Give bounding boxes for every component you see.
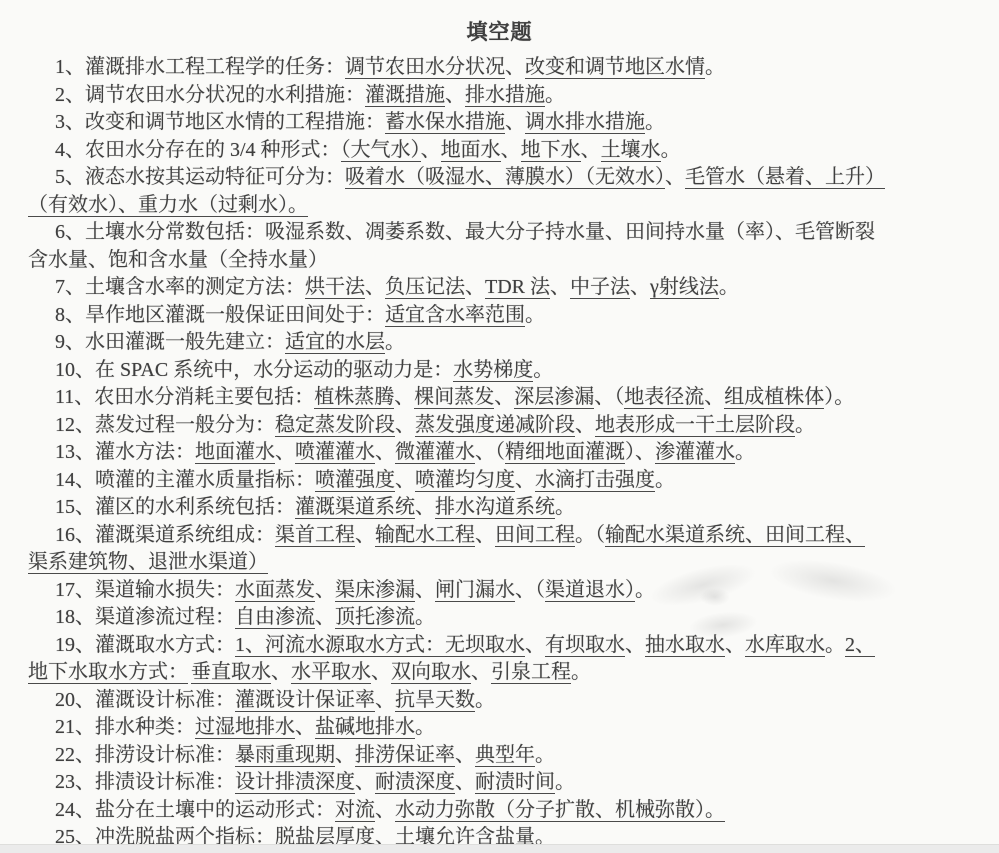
text-segment: 。 bbox=[555, 496, 575, 518]
text-segment: 。 bbox=[735, 441, 755, 463]
text-segment: 、 bbox=[471, 661, 491, 683]
answer-blank: 对流 bbox=[335, 799, 375, 822]
answer-blank: 盐碱地排水 bbox=[315, 716, 415, 739]
answer-blank: 耐渍深度 bbox=[375, 771, 455, 794]
text-segment: 。 bbox=[535, 744, 555, 766]
text-segment: 18、渠道渗流过程： bbox=[55, 606, 235, 628]
answer-blank: 土壤水 bbox=[601, 139, 661, 162]
question-line-3: 3、改变和调节地区水情的工程措施：蓄水保水措施、调水排水措施。 bbox=[0, 109, 999, 137]
text-segment: 、 bbox=[365, 276, 385, 298]
text-segment: 。 bbox=[555, 771, 575, 793]
question-line-25: 21、排水种类：过湿地排水、盐碱地排水。 bbox=[0, 714, 999, 742]
question-line-15: 13、灌水方法：地面灌水、喷灌灌水、微灌灌水、（精细地面灌溉）、渗灌灌水。 bbox=[0, 439, 999, 467]
answer-blank: 植株蒸腾 bbox=[314, 386, 394, 409]
question-line-21: 18、渠道渗流过程：自由渗流、顶托渗流。 bbox=[0, 604, 999, 632]
text-segment: 、 bbox=[395, 469, 415, 491]
answer-blank: 适宜的水层 bbox=[285, 331, 385, 354]
text-segment: 。 bbox=[545, 84, 565, 106]
text-segment: 。 bbox=[571, 661, 591, 683]
text-segment: 14、喷灌的主灌水质量指标： bbox=[55, 469, 315, 491]
document-page: 填空题 1、灌溉排水工程工程学的任务：调节农田水分状况、改变和调节地区水情。2、… bbox=[0, 0, 999, 853]
text-segment: 22、排涝设计标准： bbox=[55, 744, 235, 766]
text-segment: 、（ bbox=[515, 579, 545, 601]
text-segment: 11、农田水分消耗主要包括： bbox=[55, 386, 314, 408]
text-segment: 、 bbox=[371, 661, 391, 683]
text-segment: 、 bbox=[295, 716, 315, 738]
answer-blank: 负压记法 bbox=[385, 276, 465, 299]
answer-blank: 耐渍时间 bbox=[475, 771, 555, 794]
answer-blank: 适宜含水率范围 bbox=[385, 304, 525, 327]
text-segment: 。 bbox=[795, 414, 815, 436]
text-segment: 5、液态水按其运动特征可分为： bbox=[55, 166, 345, 188]
text-segment: 、 bbox=[625, 634, 645, 656]
text-segment: 17、渠道输水损失： bbox=[55, 579, 235, 601]
text-segment: 、 bbox=[505, 56, 525, 78]
answer-blank: 蓄水保水措施 bbox=[385, 111, 505, 134]
text-segment: 3、改变和调节地区水情的工程措施： bbox=[55, 111, 385, 133]
text-segment: 10、在 SPAC 系统中，水分运动的驱动力是： bbox=[55, 359, 453, 381]
answer-blank: 地表径流 bbox=[624, 386, 704, 409]
text-segment: 、 bbox=[355, 524, 375, 546]
text-segment: 、 bbox=[335, 744, 355, 766]
question-line-4: 4、农田水分存在的 3/4 种形式：（大气水）、地面水、地下水、土壤水。 bbox=[0, 137, 999, 165]
answer-blank: 灌溉设计保证率 bbox=[235, 689, 375, 712]
text-segment: 、 bbox=[475, 524, 495, 546]
question-line-2: 2、调节农田水分状况的水利措施：灌溉措施、排水措施。 bbox=[0, 82, 999, 110]
text-segment: 23、排渍设计标准： bbox=[55, 771, 235, 793]
text-segment: 、 bbox=[525, 634, 545, 656]
text-segment: 、 bbox=[275, 441, 295, 463]
text-segment: 、 bbox=[375, 689, 395, 711]
answer-blank: 灌溉措施 bbox=[365, 84, 445, 107]
text-segment: 16、灌溉渠道系统组成： bbox=[55, 524, 275, 546]
answer-blank: 抗旱天数 bbox=[395, 689, 475, 712]
text-segment: 。 bbox=[385, 331, 405, 353]
text-segment: 。 bbox=[825, 634, 845, 656]
text-segment: 、 bbox=[455, 744, 475, 766]
text-segment: 、 bbox=[494, 386, 514, 408]
answer-blank: 喷灌强度 bbox=[315, 469, 395, 492]
answer-blank: 排涝保证率 bbox=[355, 744, 455, 767]
answer-blank: 中子法 bbox=[570, 276, 630, 299]
answer-blank: 排水沟道系统 bbox=[435, 496, 555, 519]
text-segment: 20、灌溉设计标准： bbox=[55, 689, 235, 711]
text-segment: 2、调节农田水分状况的水利措施： bbox=[55, 84, 365, 106]
answer-blank: 水势梯度 bbox=[453, 359, 533, 382]
answer-blank: 调水排水措施 bbox=[525, 111, 645, 134]
answer-blank: 水滴打击强度 bbox=[535, 469, 655, 492]
answer-blank: 顶托渗流 bbox=[335, 606, 415, 629]
scan-edge-bar bbox=[0, 844, 999, 853]
text-segment: ）、 bbox=[625, 441, 655, 463]
text-segment: 、 bbox=[515, 469, 535, 491]
question-line-27: 23、排渍设计标准：设计排渍深度、耐渍深度、耐渍时间。 bbox=[0, 769, 999, 797]
question-line-16: 14、喷灌的主灌水质量指标：喷灌强度、喷灌均匀度、水滴打击强度。 bbox=[0, 467, 999, 495]
text-segment: 。 bbox=[705, 56, 725, 78]
text-segment: 。 bbox=[655, 469, 675, 491]
page-title: 填空题 bbox=[0, 16, 999, 48]
question-list: 1、灌溉排水工程工程学的任务：调节农田水分状况、改变和调节地区水情。2、调节农田… bbox=[0, 54, 999, 852]
text-segment: 24、盐分在土壤中的运动形式： bbox=[55, 799, 335, 821]
text-segment: 19、灌溉取水方式： bbox=[55, 634, 235, 656]
answer-blank: 渠床渗漏 bbox=[335, 579, 415, 602]
question-line-19: 渠系建筑物、退泄水渠道） bbox=[0, 549, 999, 577]
text-segment: 、 bbox=[375, 441, 395, 463]
question-line-5: 5、液态水按其运动特征可分为：吸着水（吸湿水、薄膜水）（无效水）、毛管水（悬着、… bbox=[0, 164, 999, 192]
answer-blank: 地表形成一干土层阶段 bbox=[595, 414, 795, 437]
answer-blank: 灌溉渠道系统 bbox=[295, 496, 415, 519]
text-segment: 、 bbox=[421, 139, 441, 161]
answer-blank: 调节农田水分状况 bbox=[345, 56, 505, 79]
text-segment: 、（ bbox=[475, 441, 505, 463]
text-segment: 。 bbox=[475, 689, 495, 711]
text-segment: 、 bbox=[501, 139, 521, 161]
text-segment: 。 bbox=[415, 606, 435, 628]
text-segment: 、 bbox=[630, 276, 650, 298]
text-segment: 、 bbox=[445, 84, 465, 106]
text-segment: ）。 bbox=[824, 386, 854, 408]
answer-blank: 水平取水 bbox=[291, 661, 371, 684]
text-segment: 。（ bbox=[575, 524, 605, 546]
question-line-12: 10、在 SPAC 系统中，水分运动的驱动力是：水势梯度。 bbox=[0, 357, 999, 385]
question-line-11: 9、水田灌溉一般先建立：适宜的水层。 bbox=[0, 329, 999, 357]
answer-blank: 抽水取水 bbox=[645, 634, 725, 657]
text-segment: 、 bbox=[394, 386, 414, 408]
text-segment: 21、排水种类： bbox=[55, 716, 195, 738]
question-line-18: 16、灌溉渠道系统组成：渠首工程、输配水工程、田间工程。（输配水渠道系统、田间工… bbox=[0, 522, 999, 550]
answer-blank: 自由渗流 bbox=[235, 606, 315, 629]
text-segment: 、 bbox=[665, 166, 685, 188]
answer-blank: 深层渗漏 bbox=[514, 386, 594, 409]
answer-blank: 渗灌灌水 bbox=[655, 441, 735, 464]
answer-blank: 水动力弥散（分子扩散、机械弥散）。 bbox=[395, 799, 725, 822]
text-segment: 、（ bbox=[594, 386, 624, 408]
answer-blank: 有坝取水 bbox=[545, 634, 625, 657]
question-line-8: 含水量、饱和含水量（全持水量） bbox=[0, 247, 999, 275]
text-segment: 。 bbox=[635, 579, 655, 601]
text-segment: 、 bbox=[581, 139, 601, 161]
text-segment: 、 bbox=[704, 386, 724, 408]
question-line-7: 6、土壤水分常数包括：吸湿系数、凋萎系数、最大分子持水量、田间持水量（率）、毛管… bbox=[0, 219, 999, 247]
answer-blank: 渠首工程 bbox=[275, 524, 355, 547]
answer-blank: 过湿地排水 bbox=[195, 716, 295, 739]
text-segment: 、 bbox=[725, 634, 745, 656]
text-segment: 。 bbox=[415, 716, 435, 738]
answer-blank: 地面水 bbox=[441, 139, 501, 162]
answer-blank: 喷灌均匀度 bbox=[415, 469, 515, 492]
text-segment: 1、灌溉排水工程工程学的任务： bbox=[55, 56, 345, 78]
answer-blank: 垂直取水 bbox=[191, 661, 271, 684]
text-segment: 、 bbox=[550, 276, 570, 298]
answer-blank: 蒸发强度递减阶段 bbox=[415, 414, 575, 437]
question-line-13: 11、农田水分消耗主要包括：植株蒸腾、棵间蒸发、深层渗漏、（地表径流、组成植株体… bbox=[0, 384, 999, 412]
answer-blank: 稳定蒸发阶段 bbox=[275, 414, 395, 437]
text-segment: 、 bbox=[271, 661, 291, 683]
text-segment: 、 bbox=[395, 414, 415, 436]
answer-blank: 精细地面灌溉 bbox=[505, 441, 625, 464]
question-line-24: 20、灌溉设计标准：灌溉设计保证率、抗旱天数。 bbox=[0, 687, 999, 715]
text-segment: 。 bbox=[525, 304, 545, 326]
answer-blank: 组成植株体 bbox=[724, 386, 824, 409]
question-line-10: 8、旱作地区灌溉一般保证田间处于：适宜含水率范围。 bbox=[0, 302, 999, 330]
answer-blank: 烘干法 bbox=[305, 276, 365, 299]
answer-blank: 设计排渍深度 bbox=[235, 771, 355, 794]
answer-blank: 渠系建筑物、退泄水渠道） bbox=[28, 551, 268, 574]
answer-blank: 输配水工程 bbox=[375, 524, 475, 547]
question-line-22: 19、灌溉取水方式：1、河流水源取水方式：无坝取水、有坝取水、抽水取水、水库取水… bbox=[0, 632, 999, 660]
answer-blank: 毛管水（悬着、上升） bbox=[685, 166, 885, 189]
answer-blank: 喷灌灌水 bbox=[295, 441, 375, 464]
answer-blank: 棵间蒸发 bbox=[414, 386, 494, 409]
text-segment: 6、土壤水分常数包括：吸湿系数、凋萎系数、最大分子持水量、田间持水量（率）、毛管… bbox=[55, 221, 875, 243]
text-segment: 、 bbox=[415, 496, 435, 518]
text-segment: 、 bbox=[315, 579, 335, 601]
question-line-6: （有效水）、重力水（过剩水）。 bbox=[0, 192, 999, 220]
answer-blank: 微灌灌水 bbox=[395, 441, 475, 464]
text-segment: 12、蒸发过程一般分为： bbox=[55, 414, 275, 436]
question-line-1: 1、灌溉排水工程工程学的任务：调节农田水分状况、改变和调节地区水情。 bbox=[0, 54, 999, 82]
text-segment: 15、灌区的水利系统包括： bbox=[55, 496, 295, 518]
answer-blank: 吸着水（吸湿水、薄膜水）（无效水） bbox=[345, 166, 665, 189]
answer-blank: 排水措施 bbox=[465, 84, 545, 107]
answer-blank: 渠道退水） bbox=[545, 579, 635, 602]
question-line-23: 地下水取水方式：垂直取水、水平取水、双向取水、引泉工程。 bbox=[0, 659, 999, 687]
answer-blank: （大气水） bbox=[341, 139, 421, 162]
text-segment: 、 bbox=[505, 111, 525, 133]
answer-blank: 暴雨重现期 bbox=[235, 744, 335, 767]
text-segment: 、 bbox=[315, 606, 335, 628]
text-segment: 7、土壤含水率的测定方法： bbox=[55, 276, 305, 298]
answer-blank: 输配水渠道系统、田间工程、 bbox=[605, 524, 865, 547]
question-line-9: 7、土壤含水率的测定方法：烘干法、负压记法、TDR 法、中子法、γ射线法。 bbox=[0, 274, 999, 302]
question-line-20: 17、渠道输水损失：水面蒸发、渠床渗漏、闸门漏水、（渠道退水）。 bbox=[0, 577, 999, 605]
answer-blank: γ射线法 bbox=[650, 276, 719, 299]
question-line-26: 22、排涝设计标准：暴雨重现期、排涝保证率、典型年。 bbox=[0, 742, 999, 770]
answer-blank: 水库取水 bbox=[745, 634, 825, 657]
answer-blank: TDR 法 bbox=[485, 276, 550, 299]
answer-blank: 典型年 bbox=[475, 744, 535, 767]
question-line-17: 15、灌区的水利系统包括：灌溉渠道系统、排水沟道系统。 bbox=[0, 494, 999, 522]
answer-blank: （有效水）、重力水（过剩水）。 bbox=[28, 194, 308, 217]
question-line-28: 24、盐分在土壤中的运动形式：对流、水动力弥散（分子扩散、机械弥散）。 bbox=[0, 797, 999, 825]
answer-blank: 地下水取水方式： bbox=[28, 661, 188, 684]
answer-blank: 改变和调节地区水情 bbox=[525, 56, 705, 79]
answer-blank: 闸门漏水 bbox=[435, 579, 515, 602]
text-segment: 、 bbox=[575, 414, 595, 436]
answer-blank: 地面灌水 bbox=[195, 441, 275, 464]
answer-blank: 引泉工程 bbox=[491, 661, 571, 684]
text-segment: 。 bbox=[645, 111, 665, 133]
answer-blank: 双向取水 bbox=[391, 661, 471, 684]
text-segment: 9、水田灌溉一般先建立： bbox=[55, 331, 285, 353]
text-segment: 13、灌水方法： bbox=[55, 441, 195, 463]
text-segment: 。 bbox=[661, 139, 681, 161]
answer-blank: 田间工程 bbox=[495, 524, 575, 547]
text-segment: 、 bbox=[465, 276, 485, 298]
text-segment: 、 bbox=[455, 771, 475, 793]
answer-blank: 地下水 bbox=[521, 139, 581, 162]
text-segment: 4、农田水分存在的 3/4 种形式： bbox=[55, 139, 341, 161]
text-segment: 、 bbox=[355, 771, 375, 793]
text-segment: 。 bbox=[533, 359, 553, 381]
answer-blank: 水面蒸发 bbox=[235, 579, 315, 602]
question-line-14: 12、蒸发过程一般分为：稳定蒸发阶段、蒸发强度递减阶段、地表形成一干土层阶段。 bbox=[0, 412, 999, 440]
text-segment: 、 bbox=[375, 799, 395, 821]
answer-blank: 1、河流水源取水方式：无坝取水 bbox=[235, 634, 525, 657]
text-segment: 8、旱作地区灌溉一般保证田间处于： bbox=[55, 304, 385, 326]
answer-blank: 2、 bbox=[845, 634, 875, 657]
text-segment: 。 bbox=[719, 276, 739, 298]
text-segment: 、 bbox=[415, 579, 435, 601]
text-segment: 含水量、饱和含水量（全持水量） bbox=[28, 249, 328, 271]
